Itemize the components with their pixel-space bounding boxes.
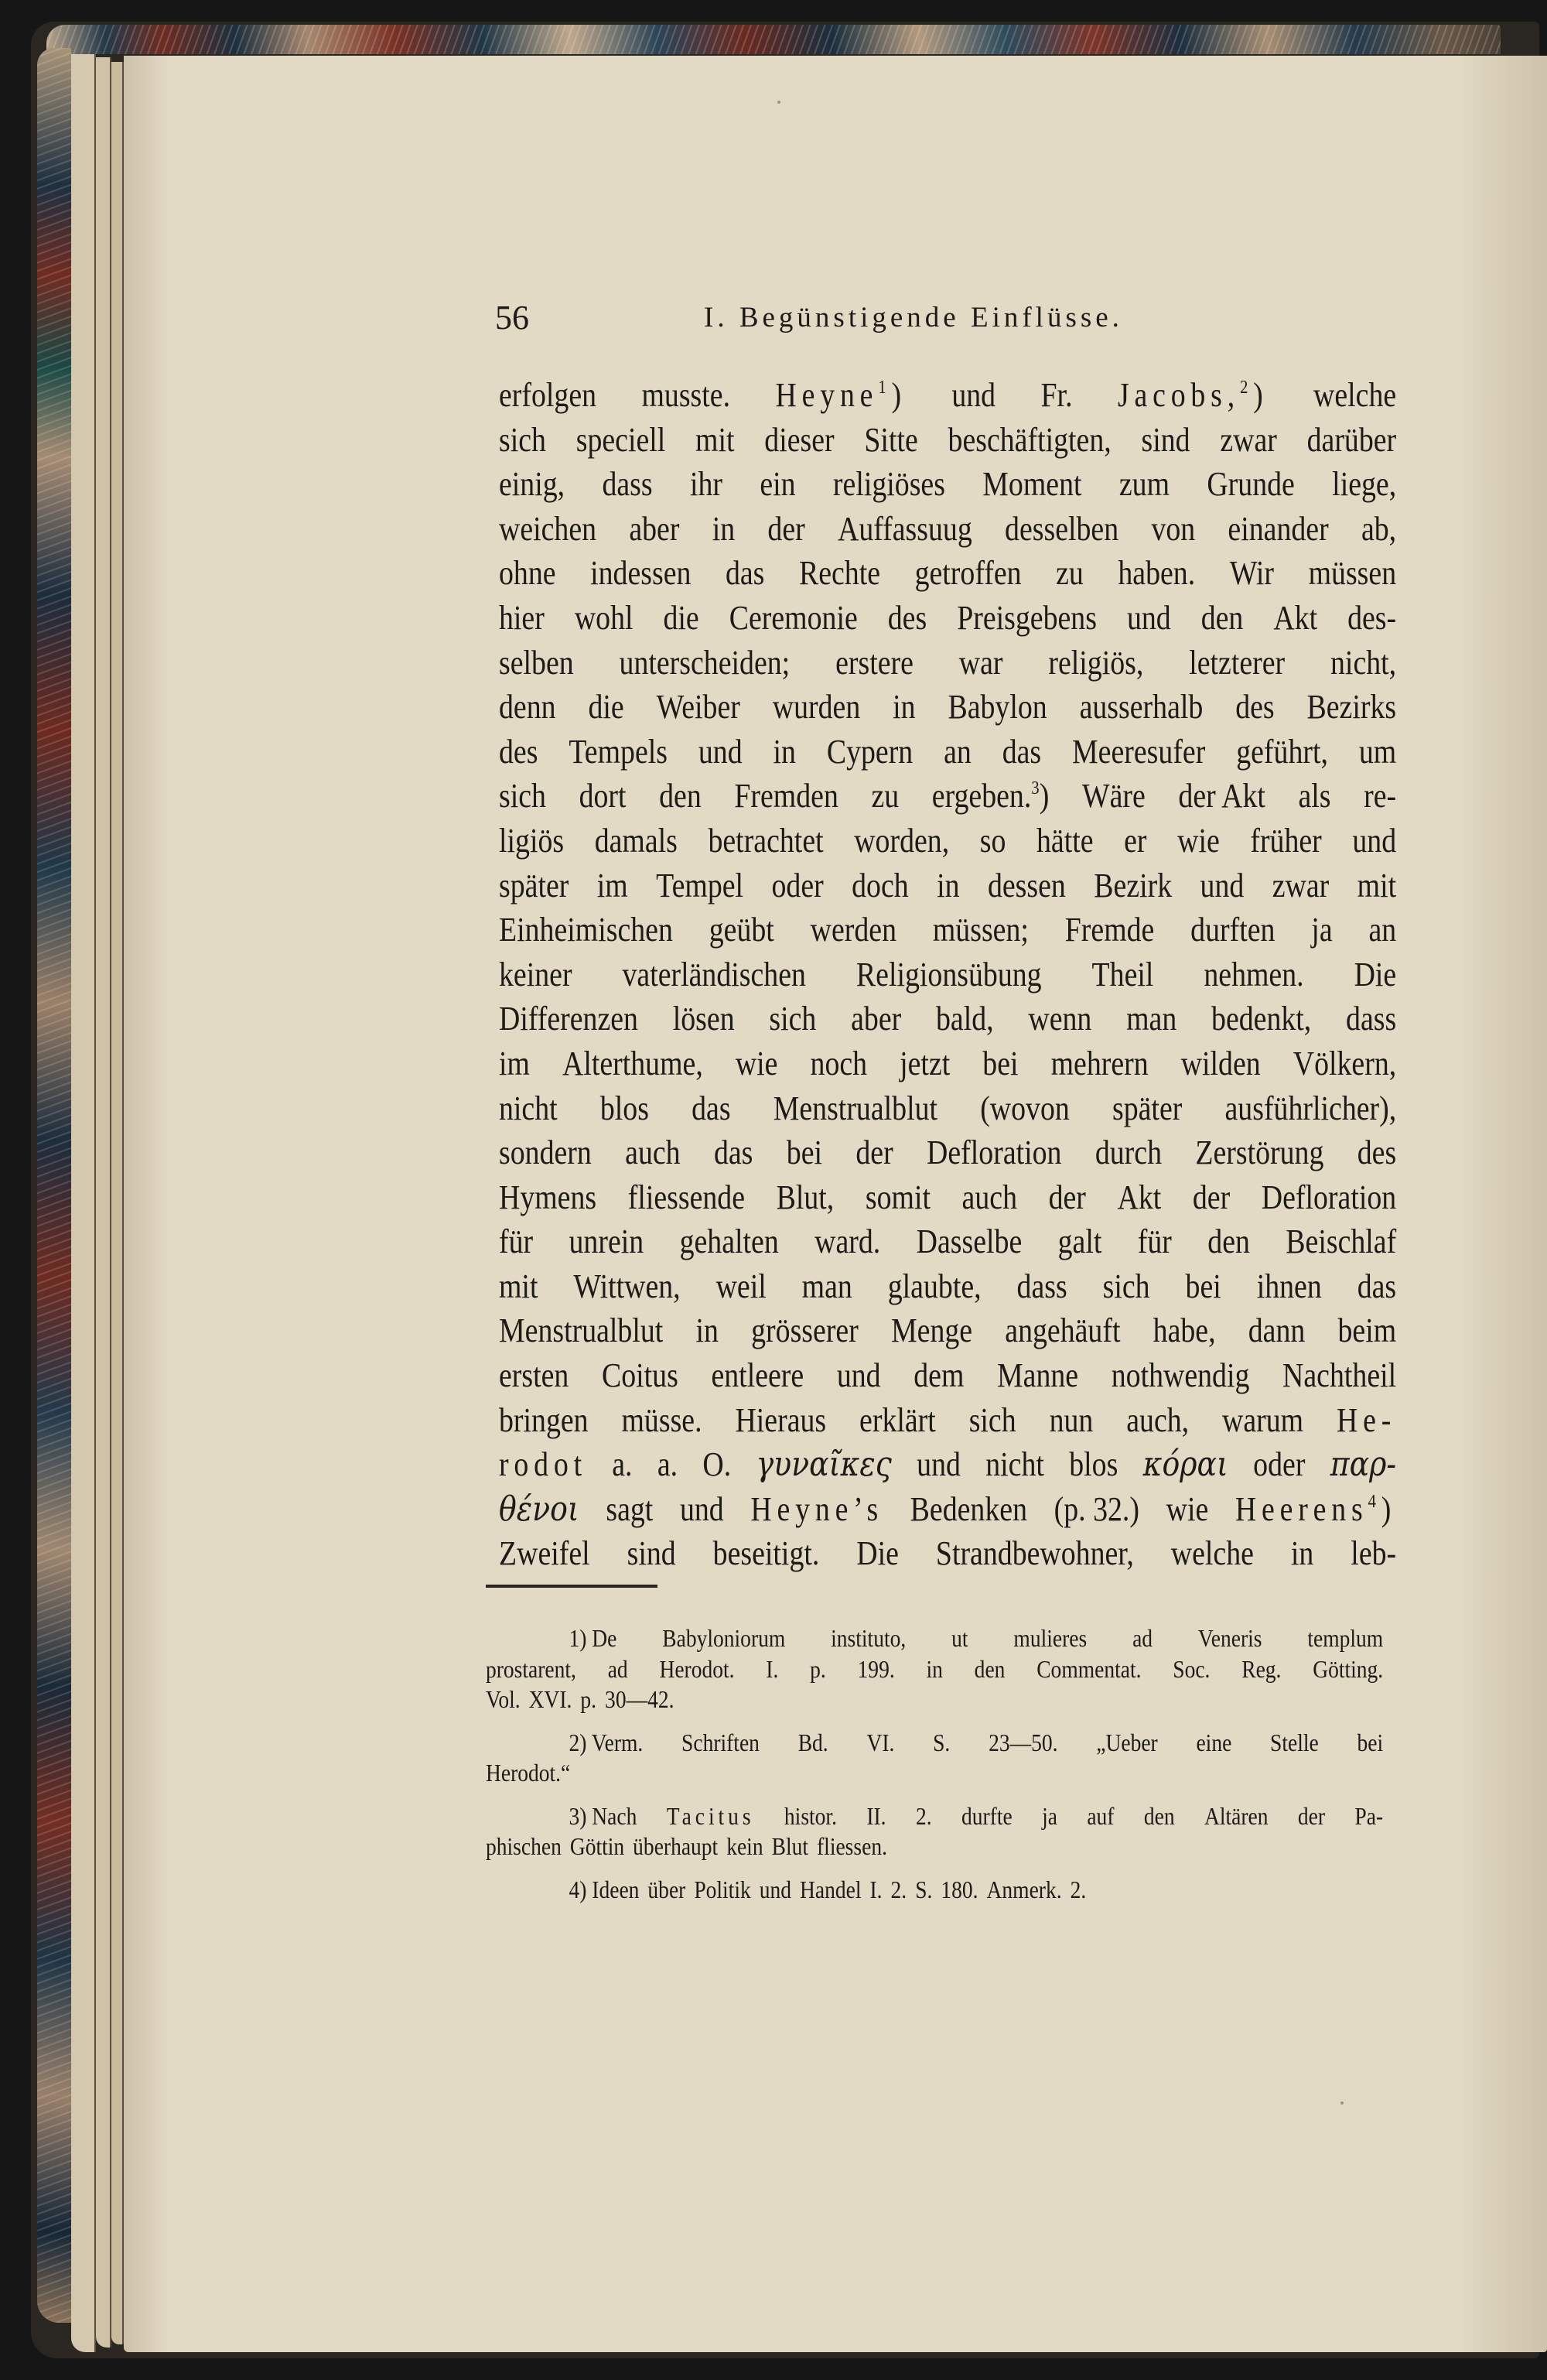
- word: Die: [1354, 952, 1397, 997]
- word: müssen;: [933, 908, 1029, 952]
- word: nicht: [985, 1442, 1044, 1487]
- footnote-word: 2.: [1071, 1875, 1087, 1906]
- word: speciell: [576, 418, 666, 463]
- word: und: [837, 1353, 881, 1398]
- word: dass: [602, 462, 652, 507]
- footnote-line: 2) Verm.SchriftenBd.VI.S.23—50.„Ueberein…: [486, 1728, 1383, 1759]
- footnote-line: Vol.XVI.p.30—42.: [486, 1684, 1383, 1715]
- word: nothwendig: [1112, 1353, 1250, 1398]
- word: beim: [1338, 1308, 1397, 1353]
- text-line: hierwohldieCeremoniedesPreisgebensundden…: [499, 596, 1396, 641]
- word: der: [855, 1130, 893, 1175]
- word: Tempel: [656, 863, 743, 908]
- word: Fremde: [1065, 908, 1155, 952]
- footnote-word: Commentat.: [1036, 1654, 1141, 1685]
- text-line: Einheimischengeübtwerdenmüssen;Fremdedur…: [499, 908, 1396, 952]
- footnote-line: Herodot.“: [486, 1758, 1383, 1789]
- word: man: [802, 1264, 852, 1309]
- footnote-word: p.: [580, 1684, 596, 1715]
- word: des: [1235, 685, 1274, 730]
- word: He-: [1337, 1398, 1396, 1443]
- footnote-word: kein: [726, 1831, 763, 1862]
- word: zwar: [1220, 418, 1277, 463]
- word: ersten: [499, 1353, 569, 1398]
- word: der: [1193, 1175, 1230, 1220]
- word: er: [1124, 819, 1146, 863]
- word: sich: [1103, 1264, 1150, 1309]
- word: ein: [760, 462, 795, 507]
- word: einander: [1228, 507, 1328, 552]
- word: mit: [695, 418, 734, 463]
- footnote-word: mulieres: [1013, 1623, 1087, 1654]
- word: an: [1368, 908, 1396, 952]
- word: im: [597, 863, 628, 908]
- word: ihr: [690, 462, 722, 507]
- word: bei: [982, 1041, 1018, 1086]
- word: so: [980, 819, 1006, 863]
- word: zu: [1056, 551, 1084, 596]
- footnote-ref-paren: ): [1253, 376, 1268, 414]
- paper-speck: [1340, 2101, 1344, 2105]
- footnote-ref: 3: [1031, 778, 1039, 798]
- footnote-ref: 1: [878, 377, 891, 398]
- word: ausserhalb: [1080, 685, 1204, 730]
- word: wurden: [773, 685, 860, 730]
- text-line: sichdortdenFremdenzuergeben.3)Wäreder Ak…: [499, 774, 1396, 819]
- footnote-word: Herodot.: [659, 1654, 734, 1685]
- footnote-word: S.: [933, 1728, 950, 1759]
- word: Sitte: [864, 418, 917, 463]
- text-line: sichspeciellmitdieserSittebeschäftigten,…: [499, 418, 1396, 463]
- running-head: I. Begünstigende Einflüsse.: [704, 301, 1123, 334]
- text-line: denndieWeiberwurdeninBabylonausserhalbde…: [499, 685, 1396, 730]
- word: und: [917, 1442, 961, 1487]
- word: wenn: [1028, 997, 1091, 1041]
- footnote-word: und: [760, 1875, 791, 1906]
- footnote-word: I.: [766, 1654, 778, 1685]
- word: Bedenken: [910, 1487, 1027, 1532]
- footnote-word: Götting.: [1313, 1654, 1383, 1685]
- footnote-word: I.: [870, 1875, 883, 1906]
- word: durch: [1095, 1130, 1162, 1175]
- word: letzterer: [1189, 641, 1285, 686]
- word: Zweifel: [499, 1531, 590, 1576]
- word: das: [726, 551, 764, 596]
- word: Jacobs,2): [1118, 373, 1269, 418]
- word: ward.: [814, 1219, 880, 1264]
- word: im: [499, 1041, 530, 1086]
- text-line: weichenaberinderAuffassuugdesselbenvonei…: [499, 507, 1396, 552]
- footnote-ref-paren: ): [892, 376, 907, 414]
- word: lösen: [673, 997, 735, 1041]
- word: bei: [1186, 1264, 1221, 1309]
- word: ausführlicher),: [1225, 1086, 1397, 1131]
- word: Auffassuug: [838, 507, 972, 552]
- word: und: [698, 730, 743, 775]
- footnote-word: 4) Ideen: [569, 1875, 640, 1906]
- word: Preisgebens: [957, 596, 1097, 641]
- word: dieser: [764, 418, 834, 463]
- word: Heyne1): [775, 373, 906, 418]
- word: Differenzen: [499, 997, 638, 1041]
- footnotes: 1) DeBabylonioruminstituto,utmulieresadV…: [486, 1623, 1383, 1905]
- word: erklärt: [859, 1398, 936, 1443]
- text-line: mitWittwen,weilmanglaubte,dasssichbeiihn…: [499, 1264, 1396, 1309]
- word: in: [893, 685, 915, 730]
- text-line: desTempelsundinCypernandasMeeresufergefü…: [499, 730, 1396, 775]
- word: an: [944, 730, 972, 775]
- word: bringen: [499, 1398, 589, 1443]
- page-stack-edge: [71, 54, 96, 2352]
- footnote-word: XVI.: [529, 1684, 572, 1715]
- word: Menstrualblut: [773, 1086, 937, 1131]
- footnote-word: templum: [1307, 1623, 1383, 1654]
- footnote-ref: 4: [1368, 1491, 1381, 1512]
- word: Ceremonie: [729, 596, 858, 641]
- word: das: [1002, 730, 1041, 775]
- text-line: nichtblosdasMenstrualblut(wovonspäteraus…: [499, 1086, 1396, 1131]
- word: (p. 32.): [1054, 1487, 1139, 1532]
- word: das: [692, 1086, 730, 1131]
- footnote-word: 23—50.: [989, 1728, 1057, 1759]
- word: und: [1127, 596, 1171, 641]
- word: unrein: [569, 1219, 644, 1264]
- word: Coitus: [602, 1353, 678, 1398]
- word: welche: [1313, 373, 1396, 418]
- word: wie: [1177, 819, 1220, 863]
- word: παρ-: [1330, 1442, 1396, 1487]
- word: in: [695, 1308, 718, 1353]
- word: (wovon: [980, 1086, 1070, 1131]
- word: den: [659, 774, 702, 819]
- footnote-word: Soc.: [1173, 1654, 1210, 1685]
- word: angehäuft: [1005, 1308, 1120, 1353]
- footnote-word: Göttin: [570, 1831, 624, 1862]
- text-line: erstenCoitusentleereunddemMannenothwendi…: [499, 1353, 1396, 1398]
- word: somit: [866, 1175, 931, 1220]
- word: damals: [595, 819, 678, 863]
- word: dessen: [988, 863, 1066, 908]
- word: den: [1207, 1219, 1250, 1264]
- word: nicht,: [1330, 641, 1396, 686]
- word: zum: [1119, 462, 1170, 507]
- word: ohne: [499, 551, 556, 596]
- footnote-line: 4) IdeenüberPolitikundHandelI.2.S.180.An…: [486, 1875, 1383, 1906]
- footnote-word: II.: [866, 1801, 886, 1832]
- footnote-word: Veneris: [1198, 1623, 1262, 1654]
- word: blos: [600, 1086, 649, 1131]
- word: von: [1151, 507, 1195, 552]
- word: und: [1200, 863, 1245, 908]
- word: dem: [914, 1353, 964, 1398]
- body-text: erfolgenmusste.Heyne1)undFr.Jacobs,2)wel…: [499, 373, 1396, 1576]
- word: oder: [1253, 1442, 1305, 1487]
- footnote-line: phischenGöttinüberhauptkeinBlutfliessen.: [486, 1831, 1383, 1862]
- word: Die: [856, 1531, 899, 1576]
- word: Heyne’s: [750, 1487, 883, 1532]
- footnote-word: Bd.: [798, 1728, 828, 1759]
- marbled-edge-left: [37, 48, 71, 2323]
- word: Manne: [997, 1353, 1078, 1398]
- word: war: [959, 641, 1003, 686]
- footnote-word: 1) De: [569, 1623, 617, 1654]
- text-line: HymensfliessendeBlut,somitauchderAktderD…: [499, 1175, 1396, 1220]
- word: werden: [811, 908, 896, 952]
- word: man: [1126, 997, 1176, 1041]
- page-stack-edge: [111, 62, 124, 2344]
- word: bei: [787, 1130, 822, 1175]
- word: wie: [1166, 1487, 1209, 1532]
- word: Cypern: [827, 730, 913, 775]
- word: Einheimischen: [499, 908, 673, 952]
- word: Dasselbe: [917, 1219, 1023, 1264]
- word: leb-: [1351, 1531, 1396, 1576]
- footnote-word: durfte: [961, 1801, 1013, 1832]
- footnote-word: Vol.: [486, 1684, 521, 1715]
- footnote-ref: 2: [1240, 377, 1253, 398]
- word: hätte: [1036, 819, 1094, 863]
- word: aber: [851, 997, 901, 1041]
- word: habe,: [1153, 1308, 1216, 1353]
- word: als: [1298, 774, 1330, 819]
- word: die: [664, 596, 699, 641]
- word: den: [1201, 596, 1244, 641]
- word: Strandbewohner,: [936, 1531, 1134, 1576]
- footnote-word: Anmerk.: [987, 1875, 1062, 1906]
- footnote-word: Reg.: [1241, 1654, 1281, 1685]
- footnote-word: „Ueber: [1096, 1728, 1157, 1759]
- word: des: [888, 596, 927, 641]
- word: desselben: [1005, 507, 1118, 552]
- word: warum: [1222, 1398, 1303, 1443]
- footnote-word: histor.: [784, 1801, 837, 1832]
- footnote-word: 2.: [916, 1801, 932, 1832]
- text-line: späterimTempeloderdochindessenBezirkundz…: [499, 863, 1396, 908]
- word: sind: [627, 1531, 676, 1576]
- footnote-word: 2.: [891, 1875, 907, 1906]
- footnote-rule: [486, 1585, 657, 1588]
- word: dass: [1346, 997, 1396, 1041]
- word: ja: [1311, 908, 1332, 952]
- word: denn: [499, 685, 556, 730]
- footnote-word: Herodot.“: [486, 1758, 570, 1789]
- text-line: sondernauchdasbeiderDeflorationdurchZers…: [499, 1130, 1396, 1175]
- text-line: MenstrualblutingrössererMengeangehäuftha…: [499, 1308, 1396, 1353]
- word: γυναῖκες: [756, 1442, 892, 1487]
- word: ligiös: [499, 819, 564, 863]
- word: mit: [1357, 863, 1396, 908]
- footnote-gap: [486, 1862, 1383, 1875]
- word: Beischlaf: [1286, 1219, 1396, 1264]
- word: ihnen: [1257, 1264, 1322, 1309]
- footnote-line: prostarent,adHerodot.I.p.199.indenCommen…: [486, 1654, 1383, 1685]
- word: sind: [1141, 418, 1190, 463]
- footnote-word: ja: [1042, 1801, 1057, 1832]
- word: dort: [579, 774, 627, 819]
- word: auch: [962, 1175, 1017, 1220]
- word: welche: [1171, 1531, 1254, 1576]
- word: des-: [1347, 596, 1396, 641]
- word: und: [951, 373, 995, 418]
- word: Tempels: [569, 730, 668, 775]
- word: jetzt: [900, 1041, 950, 1086]
- footnote-word: auf: [1087, 1801, 1114, 1832]
- word: wilden: [1181, 1041, 1261, 1086]
- word: Meeresufer: [1072, 730, 1205, 775]
- word: vaterländischen: [623, 952, 806, 997]
- word: Zerstörung: [1195, 1130, 1323, 1175]
- footnote-line: 1) DeBabylonioruminstituto,utmulieresadV…: [486, 1623, 1383, 1654]
- word: bald,: [936, 997, 994, 1041]
- word: religiös,: [1048, 641, 1143, 686]
- word: doch: [852, 863, 909, 908]
- footnote-word: Handel: [800, 1875, 861, 1906]
- word: Menstrualblut: [499, 1308, 663, 1353]
- word: einig,: [499, 462, 565, 507]
- word: Grunde: [1207, 462, 1294, 507]
- footnote-word: 30—42.: [605, 1684, 674, 1715]
- word: in: [773, 730, 796, 775]
- word: das: [714, 1130, 753, 1175]
- footnote-word: über: [647, 1875, 685, 1906]
- word: keiner: [499, 952, 572, 997]
- word: sich: [969, 1398, 1016, 1443]
- word: Fremden: [734, 774, 838, 819]
- word: sich: [499, 418, 546, 463]
- word: darüber: [1307, 418, 1397, 463]
- word: dass: [1017, 1264, 1067, 1309]
- word: geführt,: [1236, 730, 1328, 775]
- word: Wittwen,: [573, 1264, 680, 1309]
- word: weichen: [499, 507, 596, 552]
- word: a.: [612, 1442, 632, 1487]
- word: Blut,: [777, 1175, 835, 1220]
- text-line: ligiösdamalsbetrachtetworden,sohätteerwi…: [499, 819, 1396, 863]
- word: des: [499, 730, 538, 775]
- word: Bezirk: [1094, 863, 1172, 908]
- text-line: erfolgenmusste.Heyne1)undFr.Jacobs,2)wel…: [499, 373, 1396, 418]
- word: gehalten: [680, 1219, 779, 1264]
- word: später: [1112, 1086, 1182, 1131]
- word: unterscheiden;: [620, 641, 791, 686]
- paper-speck: [777, 101, 780, 104]
- word: Heerens4): [1235, 1487, 1396, 1532]
- word: Weiber: [657, 685, 740, 730]
- word: beseitigt.: [713, 1531, 820, 1576]
- word: Hymens: [499, 1175, 596, 1220]
- footnote-word: 199.: [858, 1654, 895, 1685]
- footnote-word: Politik: [694, 1875, 750, 1906]
- word: früher: [1250, 819, 1321, 863]
- word: geübt: [709, 908, 774, 952]
- word: auch: [625, 1130, 680, 1175]
- word: O.: [702, 1442, 731, 1487]
- word: glaubte,: [888, 1264, 982, 1309]
- footnote-word: phischen: [486, 1831, 562, 1862]
- footnote-word: prostarent,: [486, 1654, 576, 1685]
- marbled-edge-top: [46, 25, 1501, 54]
- word: blos: [1069, 1442, 1118, 1487]
- word: in: [712, 507, 735, 552]
- word: auch,: [1126, 1398, 1189, 1443]
- word: sagt: [606, 1487, 653, 1532]
- word: grösserer: [751, 1308, 859, 1353]
- word: Wäre: [1082, 774, 1146, 819]
- text-line: selbenunterscheiden;ersterewarreligiös,l…: [499, 641, 1396, 686]
- word: Akt: [1118, 1175, 1162, 1220]
- word: Theil: [1092, 952, 1154, 997]
- word: bedenkt,: [1211, 997, 1311, 1041]
- word: der: [1049, 1175, 1086, 1220]
- word: wie: [736, 1041, 778, 1086]
- word: müssen: [1309, 551, 1397, 596]
- footnote-word: in: [926, 1654, 942, 1685]
- word: mehrern: [1051, 1041, 1149, 1086]
- word: liege,: [1332, 462, 1396, 507]
- footnote-word: bei: [1357, 1728, 1383, 1759]
- footnote-gap: [486, 1715, 1383, 1728]
- footnote-word: Tacitus: [667, 1801, 755, 1832]
- footnote-word: S.: [915, 1875, 932, 1906]
- word: hier: [499, 596, 545, 641]
- footnote-word: Stelle: [1270, 1728, 1319, 1759]
- word: und: [1352, 819, 1396, 863]
- word: oder: [771, 863, 823, 908]
- word: sondern: [499, 1130, 592, 1175]
- text-line: θένοιsagtundHeyne’sBedenken(p. 32.)wieHe…: [499, 1487, 1396, 1532]
- text-line: ohneindessendasRechtegetroffenzuhaben.Wi…: [499, 551, 1396, 596]
- word: Religionsübung: [856, 952, 1042, 997]
- word: in: [937, 863, 959, 908]
- word: aber: [629, 507, 679, 552]
- word: ergeben.3): [932, 774, 1050, 819]
- word: Völkern,: [1293, 1041, 1396, 1086]
- word: sich: [499, 774, 546, 819]
- word: entleere: [711, 1353, 804, 1398]
- word: fliessende: [628, 1175, 745, 1220]
- footnote-word: fliessen.: [817, 1831, 887, 1862]
- word: der Akt: [1178, 774, 1265, 819]
- footnote-word: Schriften: [681, 1728, 760, 1759]
- word: getroffen: [915, 551, 1022, 596]
- word: in: [1291, 1531, 1313, 1576]
- word: Rechte: [799, 551, 880, 596]
- word: zu: [871, 774, 899, 819]
- word: erstere: [835, 641, 914, 686]
- footnote-word: den: [975, 1654, 1006, 1685]
- word: ab,: [1361, 507, 1396, 552]
- footnote-ref-paren: ): [1040, 777, 1050, 815]
- text-line: keinervaterländischenReligionsübungTheil…: [499, 952, 1396, 997]
- word: nehmen.: [1204, 952, 1303, 997]
- footnote-word: instituto,: [831, 1623, 906, 1654]
- footnote-word: 2) Verm.: [569, 1728, 644, 1759]
- word: für: [1138, 1219, 1172, 1264]
- footnote-word: Babyloniorum: [662, 1623, 785, 1654]
- word: Alterthume,: [562, 1041, 703, 1086]
- word: Wir: [1230, 551, 1274, 596]
- word: Hieraus: [735, 1398, 826, 1443]
- footnote-word: 180.: [941, 1875, 978, 1906]
- word: des: [1357, 1130, 1396, 1175]
- page-header: 56 I. Begünstigende Einflüsse.: [495, 298, 1423, 337]
- word: Nachtheil: [1282, 1353, 1396, 1398]
- word: dann: [1248, 1308, 1306, 1353]
- word: Moment: [982, 462, 1081, 507]
- word: müsse.: [621, 1398, 702, 1443]
- word: Babylon: [948, 685, 1047, 730]
- footnote-word: der: [1298, 1801, 1325, 1832]
